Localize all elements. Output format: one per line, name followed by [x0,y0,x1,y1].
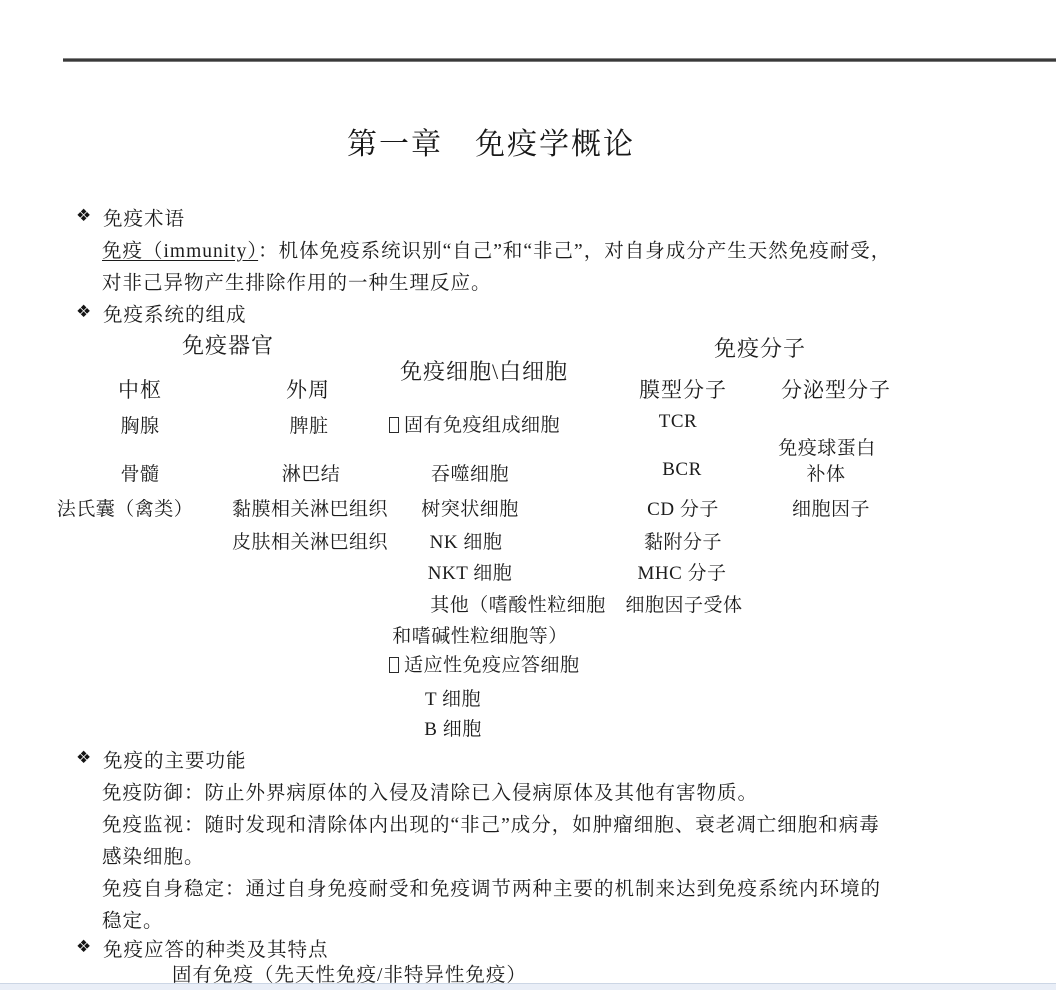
cell-item: B 细胞 [424,714,481,741]
cell-item: NKT 细胞 [428,558,512,585]
missing-glyph-box-icon [389,417,399,433]
cell-item: 吞噬细胞 [431,459,509,486]
page-title: 第一章 免疫学概论 [347,119,635,163]
group-header-organs: 免疫器官 [182,329,274,360]
cell-group-innate: 固有免疫组成细胞 [389,410,560,437]
cell-group-adaptive: 适应性免疫应答细胞 [389,650,580,677]
cell-item: 固有免疫组成细胞 [404,415,560,436]
group-header-cells: 免疫细胞\白细胞 [400,355,568,386]
function-line: 免疫自身稳定：通过自身免疫耐受和免疫调节两种主要的机制来达到免疫系统内环境的 [102,873,881,901]
organ-item: 黏膜相关淋巴组织 [232,494,388,521]
organ-item: 骨髓 [120,459,159,486]
molecule-item: 细胞因子 [792,494,870,521]
definition-term: 免疫（immunity） [102,241,258,262]
header-rule [63,58,1056,62]
function-line: 感染细胞。 [102,841,205,869]
taskbar-edge[interactable] [0,983,1056,990]
response-heading: 免疫应答的种类及其特点 [103,934,329,962]
missing-glyph-box-icon [389,657,399,673]
composition-heading: 免疫系统的组成 [103,299,247,327]
cell-item: NK 细胞 [430,527,503,554]
molecule-item: 补体 [806,459,845,486]
sub-header-membrane: 膜型分子 [639,374,727,404]
diamond-bullet-icon: ❖ [76,937,91,957]
molecule-item: BCR [662,459,702,481]
organ-item: 脾脏 [289,411,328,438]
function-line: 免疫监视：随时发现和清除体内出现的“非己”成分，如肿瘤细胞、衰老凋亡细胞和病毒 [102,809,880,837]
molecule-item: 免疫球蛋白 [778,433,876,460]
definition-line-2: 对非己异物产生排除作用的一种生理反应。 [102,267,492,295]
organ-item: 淋巴结 [282,459,341,486]
molecule-item: MHC 分子 [637,558,726,585]
diamond-bullet-icon: ❖ [76,302,91,322]
cell-item: 树突状细胞 [421,494,519,521]
organ-item: 法氏囊（禽类） [57,494,194,521]
group-header-molecules: 免疫分子 [714,332,806,363]
sub-header-peripheral: 外周 [286,374,330,404]
definition-text: ：机体免疫系统识别“自己”和“非己”，对自身成分产生天然免疫耐受， [258,241,891,262]
cell-item: 其他（嗜酸性粒细胞 [430,590,606,617]
molecule-item: TCR [659,411,697,433]
definition-line-1: 免疫（immunity）：机体免疫系统识别“自己”和“非己”，对自身成分产生天然… [102,235,891,263]
cell-item: 和嗜碱性粒细胞等） [392,621,568,648]
molecule-item: 黏附分子 [644,527,722,554]
cell-item: T 细胞 [425,684,481,711]
function-line: 稳定。 [102,905,164,933]
document-page: 第一章 免疫学概论 ❖ 免疫术语 免疫（immunity）：机体免疫系统识别“自… [0,0,1056,990]
function-line: 免疫防御：防止外界病原体的入侵及清除已入侵病原体及其他有害物质。 [102,777,758,805]
diamond-bullet-icon: ❖ [76,748,91,768]
functions-heading: 免疫的主要功能 [103,745,247,773]
diamond-bullet-icon: ❖ [76,206,91,226]
organ-item: 胸腺 [120,411,159,438]
organ-item: 皮肤相关淋巴组织 [232,527,388,554]
molecule-item: CD 分子 [647,494,719,521]
cell-item: 适应性免疫应答细胞 [404,655,580,676]
terms-heading: 免疫术语 [103,203,185,231]
molecule-item: 细胞因子受体 [625,590,742,617]
sub-header-secreted: 分泌型分子 [781,374,891,404]
sub-header-central: 中枢 [118,374,162,404]
